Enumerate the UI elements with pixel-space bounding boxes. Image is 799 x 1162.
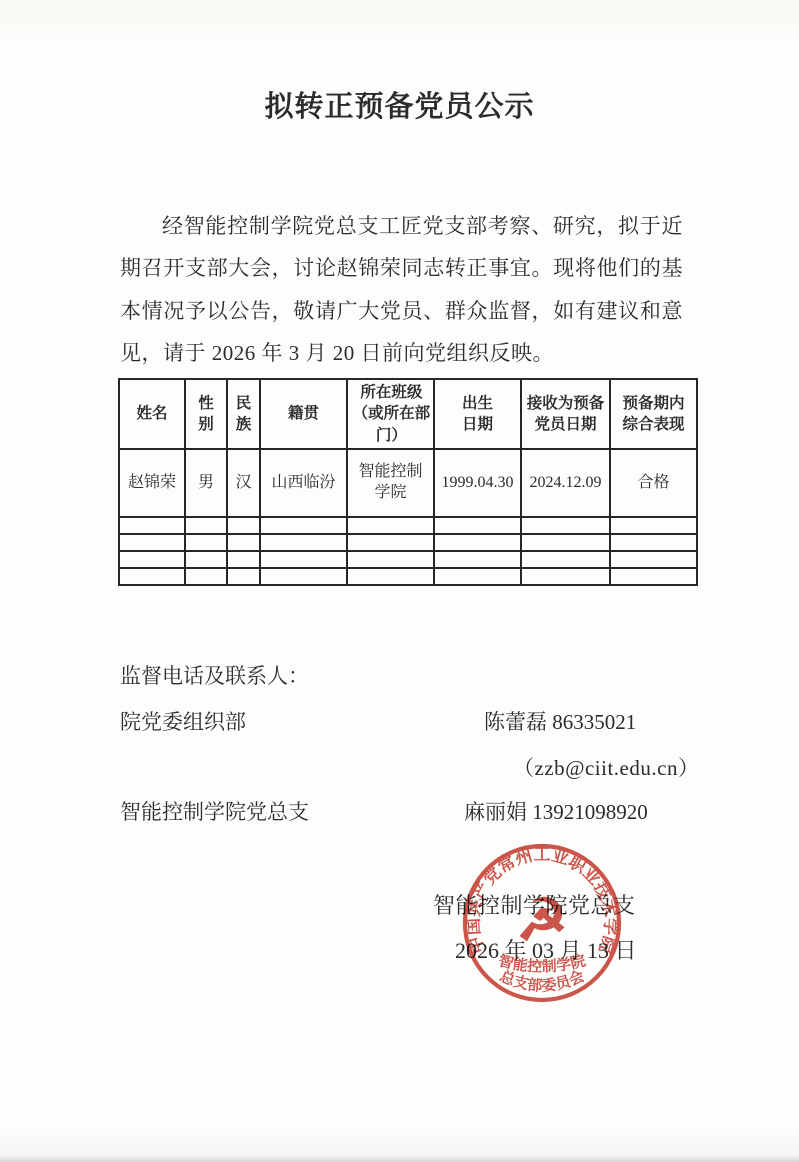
member-row: 赵锦荣 男 汉 山西临汾 智能控制学院 1999.04.30 2024.12.0…	[119, 449, 697, 517]
page-bottom-shadow	[0, 1155, 799, 1162]
page-title: 拟转正预备党员公示	[0, 84, 799, 125]
header-evaluation: 预备期内综合表现	[610, 379, 697, 449]
header-admitted-date: 接收为预备党员日期	[521, 379, 610, 449]
table-header-row: 姓名 性别 民族 籍贯 所在班级（或所在部门） 出生日期 接收为预备党员日期 预…	[119, 379, 697, 449]
header-ethnicity: 民族	[227, 379, 260, 449]
contact-person-2: 麻丽娟 13921098920	[464, 797, 648, 827]
contact-heading: 监督电话及联系人：	[120, 661, 309, 691]
empty-table-row	[119, 534, 697, 551]
cell-native-place: 山西临汾	[260, 449, 347, 517]
header-native-place: 籍贯	[260, 379, 347, 449]
body-line: 见，请于 2026 年 3 月 20 日前向党组织反映。	[120, 332, 683, 374]
header-department: 所在班级（或所在部门）	[347, 379, 434, 449]
notice-document-page: 拟转正预备党员公示 经智能控制学院党总支工匠党支部考察、研究，拟于近 期召开支部…	[0, 0, 799, 1162]
body-paragraph: 经智能控制学院党总支工匠党支部考察、研究，拟于近 期召开支部大会，讨论赵锦荣同志…	[120, 205, 683, 375]
body-line: 经智能控制学院党总支工匠党支部考察、研究，拟于近	[120, 205, 683, 247]
header-birth-date: 出生日期	[434, 379, 521, 449]
cell-ethnicity: 汉	[227, 449, 260, 517]
contact-email: （zzb@ciit.edu.cn）	[513, 753, 699, 783]
cell-department: 智能控制学院	[347, 449, 434, 517]
member-notice-table: 姓名 性别 民族 籍贯 所在班级（或所在部门） 出生日期 接收为预备党员日期 预…	[118, 378, 698, 586]
empty-table-row	[119, 517, 697, 534]
official-seal: 中国共产党常州工业职业技术学院 ☭ 智能控制学院 总支部委员会	[454, 835, 630, 1011]
header-gender: 性别	[185, 379, 227, 449]
empty-table-row	[119, 551, 697, 568]
cell-gender: 男	[185, 449, 227, 517]
contact-org-2: 智能控制学院党总支	[120, 797, 309, 827]
body-line: 本情况予以公告，敬请广大党员、群众监督，如有建议和意	[120, 290, 683, 332]
body-line: 期召开支部大会，讨论赵锦荣同志转正事宜。现将他们的基	[120, 247, 683, 289]
cell-evaluation: 合格	[610, 449, 697, 517]
contact-org-1: 院党委组织部	[120, 707, 246, 737]
cell-admitted-date: 2024.12.09	[521, 449, 610, 517]
cell-birth-date: 1999.04.30	[434, 449, 521, 517]
hammer-and-sickle-icon: ☭	[516, 888, 568, 953]
contact-person-1: 陈蕾磊 86335021	[484, 707, 636, 737]
cell-name: 赵锦荣	[119, 449, 185, 517]
empty-table-row	[119, 568, 697, 585]
header-name: 姓名	[119, 379, 185, 449]
